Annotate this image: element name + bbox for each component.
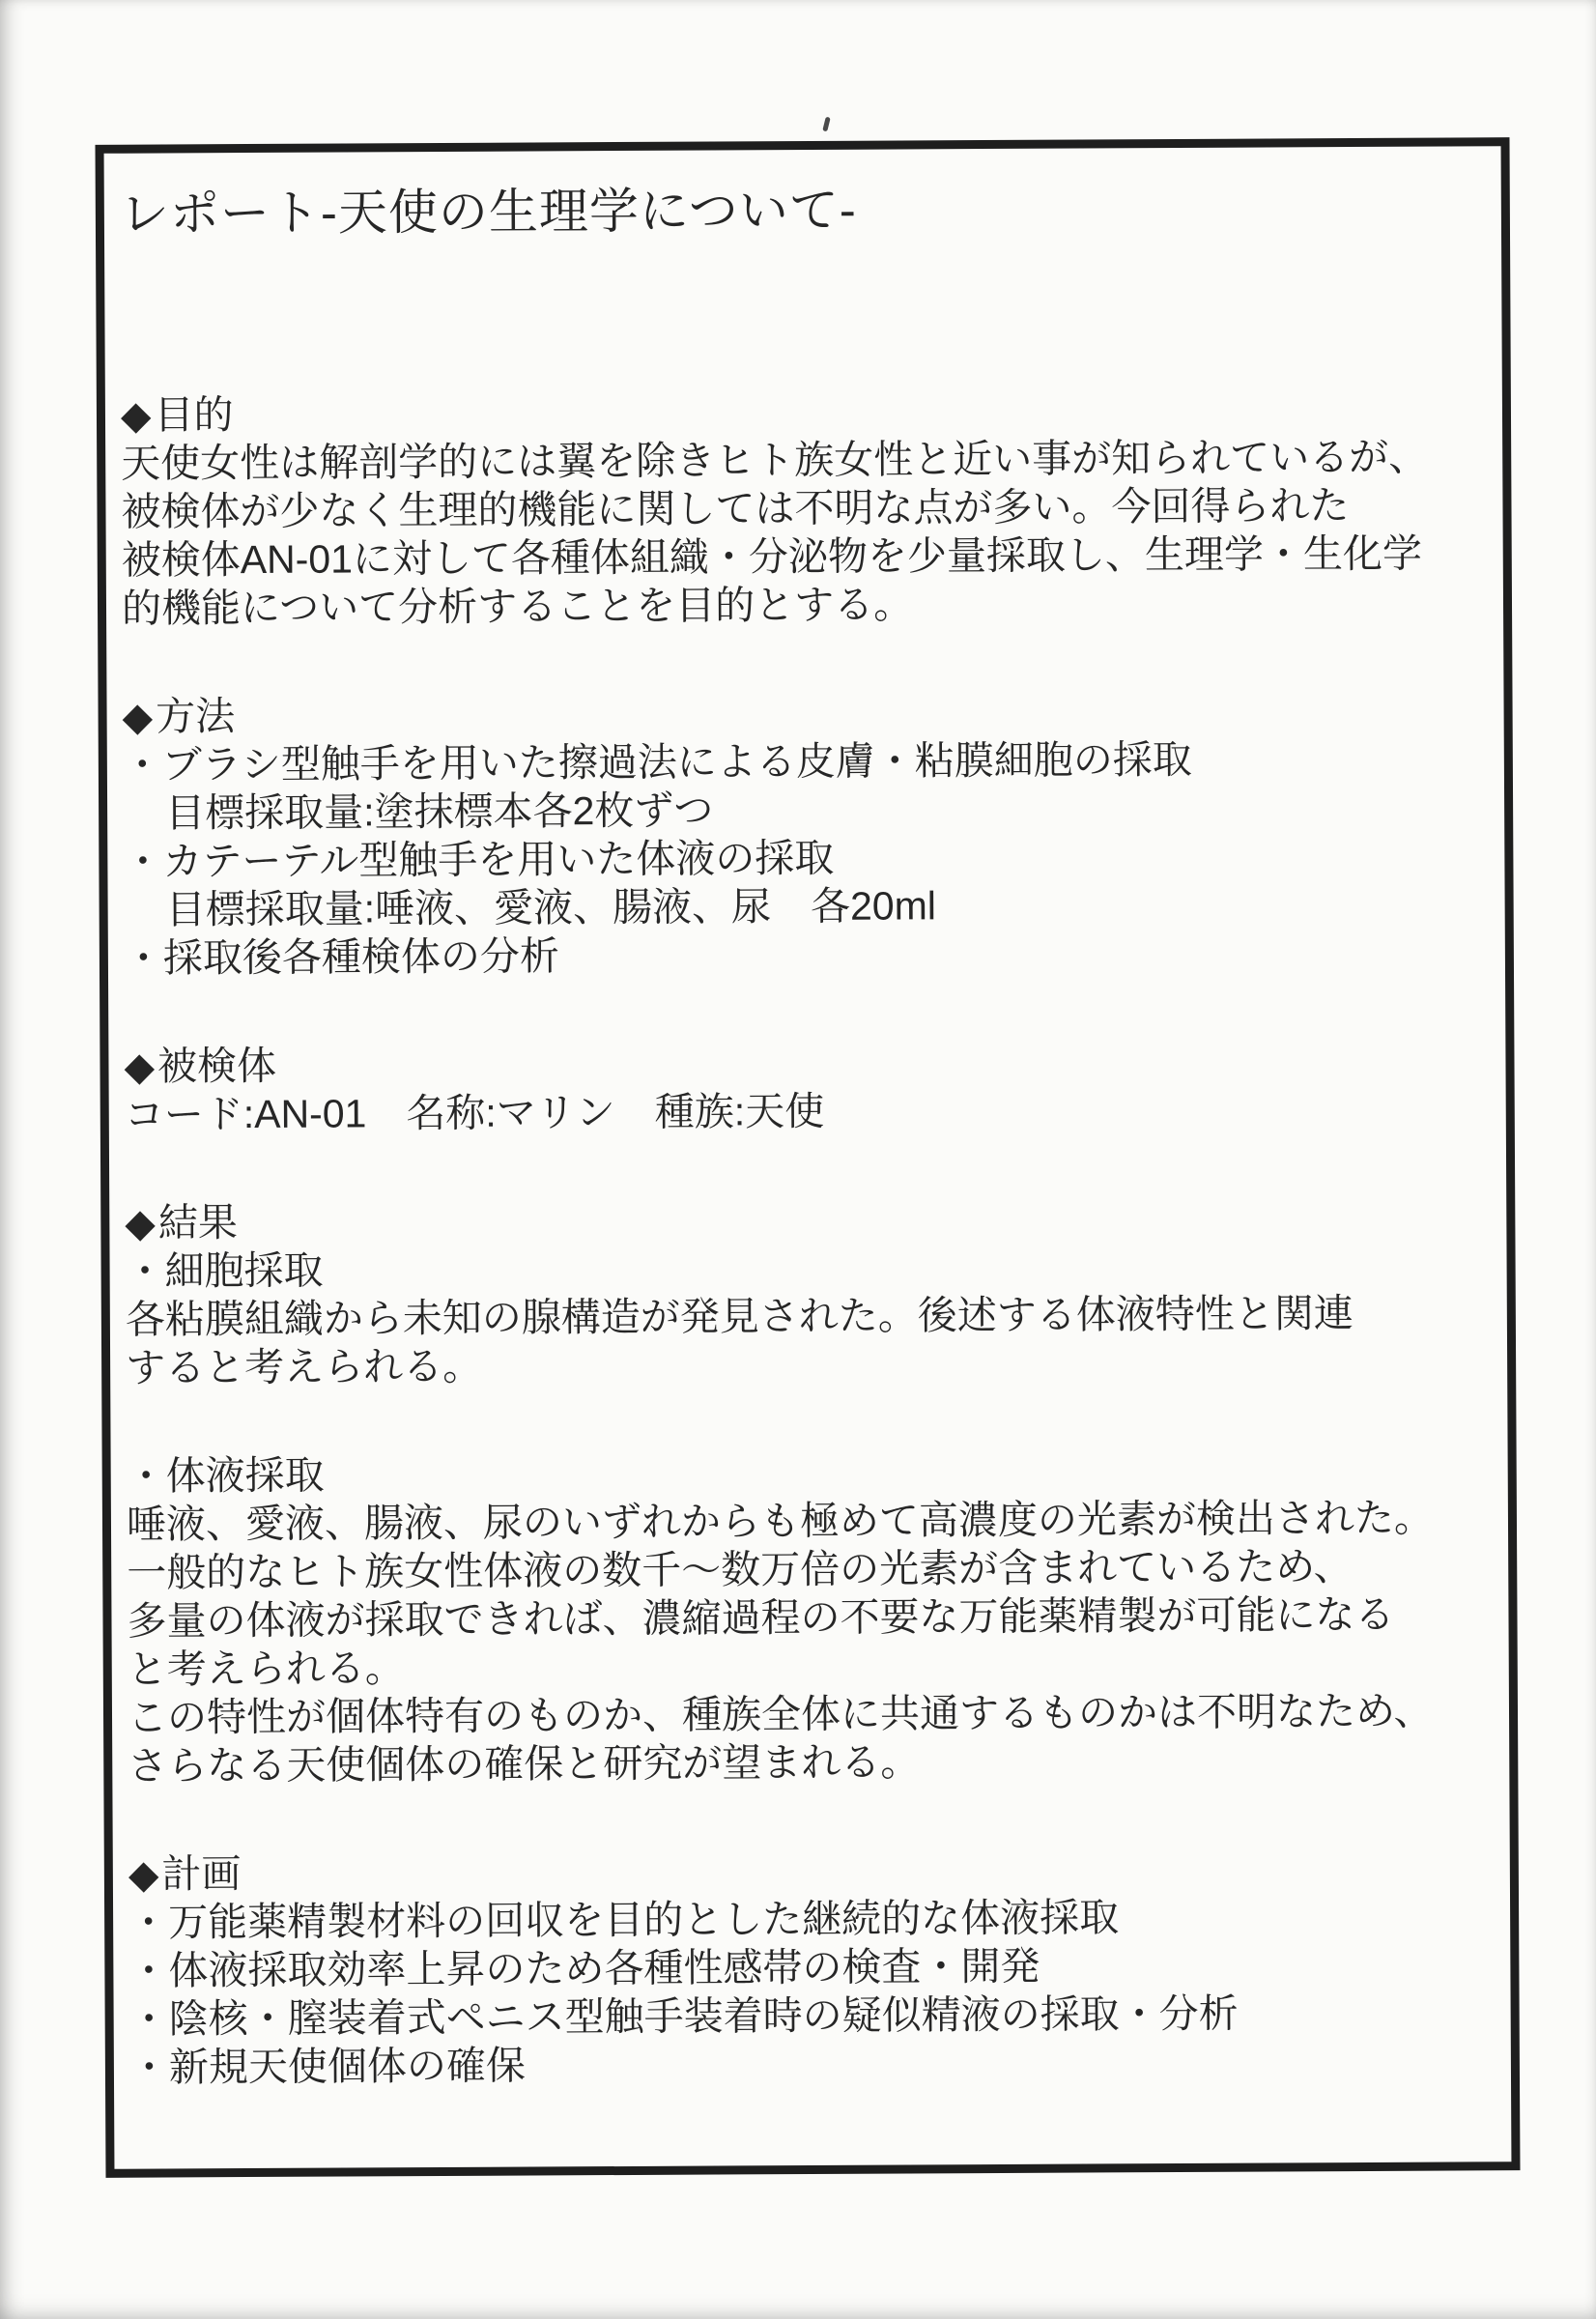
text-line: と考えられる。: [128, 1638, 1492, 1693]
text-line: すると考えられる。: [126, 1336, 1490, 1391]
text-line: ・カテーテル型触手を用いた体液の採取: [123, 830, 1487, 885]
section-heading: ◆被検体: [124, 1035, 1488, 1090]
section-heading-label: 計画: [161, 1851, 241, 1896]
text-line: 唾液、愛液、腸液、尿のいずれからも極めて高濃度の光素が検出された。: [127, 1493, 1491, 1548]
text-line: コード:AN-01 名称:マリン 種族:天使: [125, 1083, 1489, 1138]
diamond-bullet-icon: ◆: [128, 1852, 159, 1897]
text-line: 的機能について分析することを目的とする。: [122, 577, 1486, 632]
text-line: 被検体が少なく生理的機能に関しては不明な点が多い。今回得られた: [121, 480, 1485, 535]
text-line: ・陰核・膣装着式ペニス型触手装着時の疑似精液の採取・分析: [129, 1988, 1494, 2043]
text-line: ・体液採取: [127, 1445, 1491, 1500]
report-body: ◆目的天使女性は解剖学的には翼を除きヒト族女性と近い事が知られているが、被検体が…: [121, 384, 1494, 2091]
diamond-bullet-icon: ◆: [124, 1045, 155, 1089]
text-line: ・体液採取効率上昇のため各種性感帯の検査・開発: [128, 1939, 1493, 1994]
section-heading: ◆計画: [128, 1843, 1493, 1898]
text-line: ・新規天使個体の確保: [129, 2036, 1494, 2091]
text-line: 一般的なヒト族女性体液の数千～数万倍の光素が含まれているため、: [127, 1541, 1491, 1596]
section-heading: ◆目的: [121, 384, 1485, 439]
diamond-bullet-icon: ◆: [121, 393, 152, 438]
section-purpose: ◆目的天使女性は解剖学的には翼を除きヒト族女性と近い事が知られているが、被検体が…: [121, 384, 1486, 632]
diamond-bullet-icon: ◆: [125, 1201, 156, 1245]
section-heading-label: 被検体: [157, 1044, 276, 1089]
section-subject: ◆被検体コード:AN-01 名称:マリン 種族:天使: [124, 1035, 1489, 1138]
page-title: レポート-天使の生理学について-: [120, 179, 1484, 242]
section-heading-label: 目的: [154, 392, 233, 437]
text-line: さらなる天使個体の確保と研究が望まれる。: [128, 1734, 1492, 1789]
scan-speck: [822, 117, 830, 132]
text-line: 被検体AN-01に対して各種体組織・分泌物を少量採取し、生理学・生化学: [122, 529, 1486, 584]
text-line: 目標採取量:唾液、愛液、腸液、尿 各20ml: [124, 878, 1488, 933]
text-line: 各粘膜組織から未知の腺構造が発見された。後述する体液特性と関連: [126, 1288, 1490, 1343]
section-plan: ◆計画・万能薬精製材料の回収を目的とした継続的な体液採取・体液採取効率上昇のため…: [128, 1843, 1494, 2091]
text-line: ・細胞採取: [125, 1240, 1489, 1295]
text-line: この特性が個体特有のものか、種族全体に共通するものかは不明なため、: [128, 1686, 1492, 1741]
section-heading: ◆結果: [125, 1191, 1489, 1246]
report-frame: レポート-天使の生理学について- ◆目的天使女性は解剖学的には翼を除きヒト族女性…: [96, 137, 1521, 2178]
diamond-bullet-icon: ◆: [122, 695, 153, 739]
text-line: 多量の体液が採取できれば、濃縮過程の不要な万能薬精製が可能になる: [127, 1589, 1491, 1645]
section-results-cell: ◆結果・細胞採取各粘膜組織から未知の腺構造が発見された。後述する体液特性と関連す…: [125, 1191, 1490, 1391]
text-line: 目標採取量:塗抹標本各2枚ずつ: [123, 782, 1487, 837]
text-line: ・万能薬精製材料の回収を目的とした継続的な体液採取: [128, 1891, 1493, 1946]
text-line: ・採取後各種検体の分析: [124, 927, 1488, 982]
section-heading-label: 方法: [156, 694, 235, 738]
section-method: ◆方法・ブラシ型触手を用いた擦過法による皮膚・粘膜細胞の採取目標採取量:塗抹標本…: [122, 685, 1488, 982]
text-line: 天使女性は解剖学的には翼を除きヒト族女性と近い事が知られているが、: [121, 432, 1485, 487]
scanned-paper: レポート-天使の生理学について- ◆目的天使女性は解剖学的には翼を除きヒト族女性…: [0, 0, 1596, 2319]
text-line: ・ブラシ型触手を用いた擦過法による皮膚・粘膜細胞の採取: [123, 733, 1487, 788]
section-results-fluid: ・体液採取唾液、愛液、腸液、尿のいずれからも極めて高濃度の光素が検出された。一般…: [127, 1445, 1493, 1789]
section-heading-label: 結果: [158, 1200, 238, 1245]
section-heading: ◆方法: [122, 685, 1486, 740]
